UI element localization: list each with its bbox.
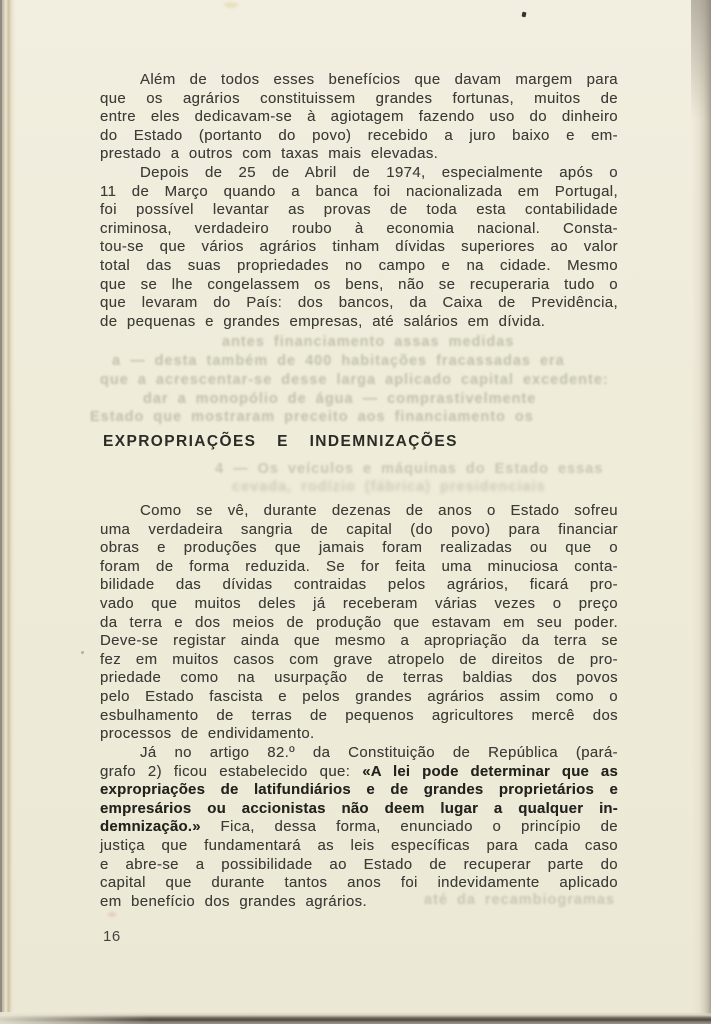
- text-line: Deve-se registar ainda que mesmo a aprop…: [100, 632, 618, 651]
- ink-speck: [522, 12, 527, 18]
- body-text-segment: prestado a outros com taxas mais elevada…: [100, 145, 438, 162]
- text-line: que os agrários constituissem grandes fo…: [100, 90, 618, 109]
- body-text-segment: que se lhe congelassem os bens, não se r…: [100, 276, 618, 293]
- body-text-segment: criminosa, verdadeiro roubo à economia n…: [100, 220, 618, 237]
- bleed-through-line: Estado que mostraram preceito aos financ…: [90, 409, 534, 425]
- body-text-segment: uma verdadeira sangria de capital (do po…: [100, 521, 618, 538]
- body-text-segment: entre eles dedicavam-se à agiotagem faze…: [100, 108, 618, 125]
- bleed-through-line: dar a monopólio de água — comprastivelme…: [143, 391, 536, 407]
- body-text-segment: em benefício dos grandes agrários.: [100, 893, 367, 910]
- paragraph-1: Além de todos esses benefícios que davam…: [100, 71, 618, 164]
- text-line: tou-se que vários agrários tinham dívida…: [100, 238, 618, 257]
- text-line: da terra e dos meios de produção que est…: [100, 614, 618, 633]
- text-line: e abre-se a possibilidade ao Estado de r…: [100, 856, 618, 875]
- body-text-segment: Além de todos esses benefícios que davam…: [140, 71, 618, 88]
- text-line: uma verdadeira sangria de capital (do po…: [100, 521, 618, 540]
- body-text-segment: que levaram do País: dos bancos, da Caix…: [100, 294, 618, 311]
- paragraph-2: Depois de 25 de Abril de 1974, especialm…: [100, 164, 618, 331]
- bleed-through-line: antes financiamento assas medidas: [222, 334, 514, 350]
- text-line: empresários ou accionistas não deem luga…: [100, 800, 618, 819]
- text-line: demnização.» Fica, dessa forma, enunciad…: [100, 818, 618, 837]
- text-line: grafo 2) ficou estabelecido que: «A lei …: [100, 763, 618, 782]
- text-line: capital que durante tantos anos foi inde…: [100, 874, 618, 893]
- text-line: que levaram do País: dos bancos, da Caix…: [100, 294, 618, 313]
- body-text-segment: foi possível levantar as provas de toda …: [100, 201, 618, 218]
- body-text-segment: total das suas propriedades no campo e n…: [100, 257, 618, 274]
- bold-quote-text: empresários ou accionistas não deem luga…: [100, 800, 618, 817]
- text-line: priedade como na usurpação de terras bal…: [100, 669, 618, 688]
- text-line: criminosa, verdadeiro roubo à economia n…: [100, 220, 618, 239]
- body-text-segment: do Estado (portanto do povo) recebido a …: [100, 127, 618, 144]
- body-text-segment: capital que durante tantos anos foi inde…: [100, 874, 618, 891]
- body-text-segment: de pequenas e grandes empresas, até salá…: [100, 313, 545, 330]
- text-line: esbulhamento de terras de pequenos agric…: [100, 707, 618, 726]
- text-line: expropriações de latifundiários e de gra…: [100, 781, 618, 800]
- text-line: Além de todos esses benefícios que davam…: [100, 71, 618, 90]
- scanned-page: antes financiamento assas medidasa — des…: [0, 0, 711, 1024]
- body-text-segment: da terra e dos meios de produção que est…: [100, 614, 618, 631]
- scan-bottom-border: [0, 1012, 711, 1024]
- paper-stain: [108, 912, 116, 917]
- body-text-segment: grafo 2) ficou estabelecido que:: [100, 763, 362, 780]
- paragraph-3: Como se vê, durante dezenas de anos o Es…: [100, 502, 618, 744]
- body-text-segment: tou-se que vários agrários tinham dívida…: [100, 238, 618, 255]
- text-line: que se lhe congelassem os bens, não se r…: [100, 276, 618, 295]
- text-line: Depois de 25 de Abril de 1974, especialm…: [100, 164, 618, 183]
- body-text-segment: Deve-se registar ainda que mesmo a aprop…: [100, 632, 618, 649]
- body-text-segment: Depois de 25 de Abril de 1974, especialm…: [140, 164, 618, 181]
- paragraph-4: Já no artigo 82.º da Constituição de Rep…: [100, 744, 618, 911]
- text-line: prestado a outros com taxas mais elevada…: [100, 145, 618, 164]
- body-text-segment: Já no artigo 82.º da Constituição de Rep…: [140, 744, 618, 761]
- body-text-segment: 11 de Março quando a banca foi nacionali…: [100, 183, 618, 200]
- text-line: processos de endividamento.: [100, 725, 618, 744]
- bleed-through-line: que a acrescentar-se desse larga aplicad…: [100, 372, 609, 388]
- body-text-segment: processos de endividamento.: [100, 725, 315, 742]
- text-line: vado que muitos deles já receberam vária…: [100, 595, 618, 614]
- page-number: 16: [103, 928, 121, 945]
- text-line: total das suas propriedades no campo e n…: [100, 257, 618, 276]
- body-text-segment: pelo Estado fascista e pelos grandes agr…: [100, 688, 618, 705]
- body-text-segment: foram de forma reduzida. Se for feita um…: [100, 558, 618, 575]
- paper-stain: [224, 2, 238, 8]
- bold-quote-text: expropriações de latifundiários e de gra…: [100, 781, 618, 798]
- body-text-segment: fez em muitos casos com grave atropelo d…: [100, 651, 618, 668]
- body-text-segment: priedade como na usurpação de terras bal…: [100, 669, 618, 686]
- bold-quote-text: «A lei pode determinar que as: [362, 763, 618, 780]
- body-text-segment: justiça que fundamentará as leis específ…: [100, 837, 618, 854]
- text-line: bilidade das dívidas contraidas pelos ag…: [100, 576, 618, 595]
- text-line: foram de forma reduzida. Se for feita um…: [100, 558, 618, 577]
- text-line: pelo Estado fascista e pelos grandes agr…: [100, 688, 618, 707]
- body-text-segment: obras e produções que jamais foram reali…: [100, 539, 618, 556]
- paper-speck: [81, 651, 84, 654]
- page-edge-shadow: [691, 0, 711, 1024]
- text-line: de pequenas e grandes empresas, até salá…: [100, 313, 618, 332]
- text-line: do Estado (portanto do povo) recebido a …: [100, 127, 618, 146]
- text-line: obras e produções que jamais foram reali…: [100, 539, 618, 558]
- section-heading: EXPROPRIAÇÕES E INDEMNIZAÇÕES: [103, 433, 458, 451]
- text-line: em benefício dos grandes agrários.: [100, 893, 618, 912]
- bleed-through-line: cevada, rodízio (fábrica) presidenciais: [232, 479, 546, 495]
- body-text-segment: esbulhamento de terras de pequenos agric…: [100, 707, 618, 724]
- body-text-segment: vado que muitos deles já receberam vária…: [100, 595, 618, 612]
- bleed-through-line: 4 — Os veículos e máquinas do Estado ess…: [215, 461, 603, 477]
- text-line: Como se vê, durante dezenas de anos o Es…: [100, 502, 618, 521]
- body-text-segment: Fica, dessa forma, enunciado o princípio…: [201, 818, 618, 835]
- text-line: Já no artigo 82.º da Constituição de Rep…: [100, 744, 618, 763]
- text-line: entre eles dedicavam-se à agiotagem faze…: [100, 108, 618, 127]
- text-line: foi possível levantar as provas de toda …: [100, 201, 618, 220]
- bleed-through-line: a — desta também de 400 habitações fraca…: [112, 353, 565, 369]
- body-text-segment: bilidade das dívidas contraidas pelos ag…: [100, 576, 618, 593]
- page-gutter-shadow: [0, 0, 16, 1024]
- text-line: justiça que fundamentará as leis específ…: [100, 837, 618, 856]
- text-line: 11 de Março quando a banca foi nacionali…: [100, 183, 618, 202]
- body-text-segment: Como se vê, durante dezenas de anos o Es…: [140, 502, 618, 519]
- bold-quote-text: demnização.»: [100, 818, 201, 835]
- body-text-segment: e abre-se a possibilidade ao Estado de r…: [100, 856, 618, 873]
- text-line: fez em muitos casos com grave atropelo d…: [100, 651, 618, 670]
- body-text-segment: que os agrários constituissem grandes fo…: [100, 90, 618, 107]
